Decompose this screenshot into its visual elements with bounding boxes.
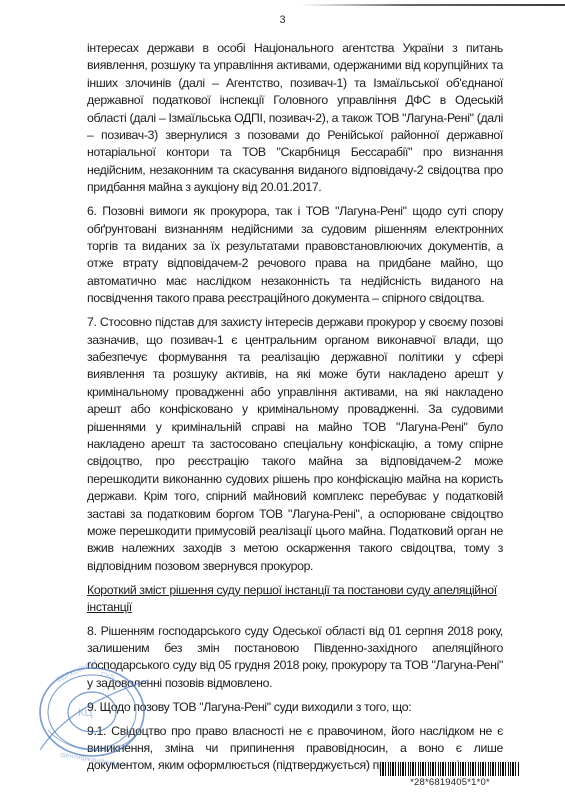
page-number: 3 xyxy=(0,14,565,26)
svg-text:КЦ: КЦ xyxy=(78,707,93,719)
paragraph-7: 7. Стосовно підстав для захисту інтересі… xyxy=(87,314,503,575)
barcode-bars xyxy=(380,762,520,776)
barcode-text: *28*6819405*1*0* xyxy=(370,777,530,788)
section-heading: Короткий зміст рішення суду першої інста… xyxy=(87,582,503,617)
barcode: *28*6819405*1*0* xyxy=(370,762,530,788)
paragraph-text: Стосовно підстав для захисту інтересів д… xyxy=(87,315,503,573)
official-seal-icon: ВЕРХОВНИЙ СУД КЦ ідентифікаційний код xyxy=(30,660,152,765)
paragraph-intro: інтересах держави в особі Національного … xyxy=(87,40,503,197)
paragraph-text: інтересах держави в особі Національного … xyxy=(87,41,503,194)
svg-text:ВЕРХОВНИЙ: ВЕРХОВНИЙ xyxy=(55,660,98,684)
svg-text:СУД: СУД xyxy=(99,671,114,681)
scan-edge-shadow xyxy=(300,4,565,6)
paragraph-text: Позовні вимоги як прокурора, так і ТОВ "… xyxy=(87,204,503,305)
paragraph-6: 6. Позовні вимоги як прокурора, так і ТО… xyxy=(87,203,503,307)
svg-text:ідентифікаційний код: ідентифікаційний код xyxy=(60,750,129,765)
paragraph-number: 7. xyxy=(87,315,97,329)
paragraph-number: 6. xyxy=(87,204,97,218)
paragraph-number: 8. xyxy=(87,624,97,638)
